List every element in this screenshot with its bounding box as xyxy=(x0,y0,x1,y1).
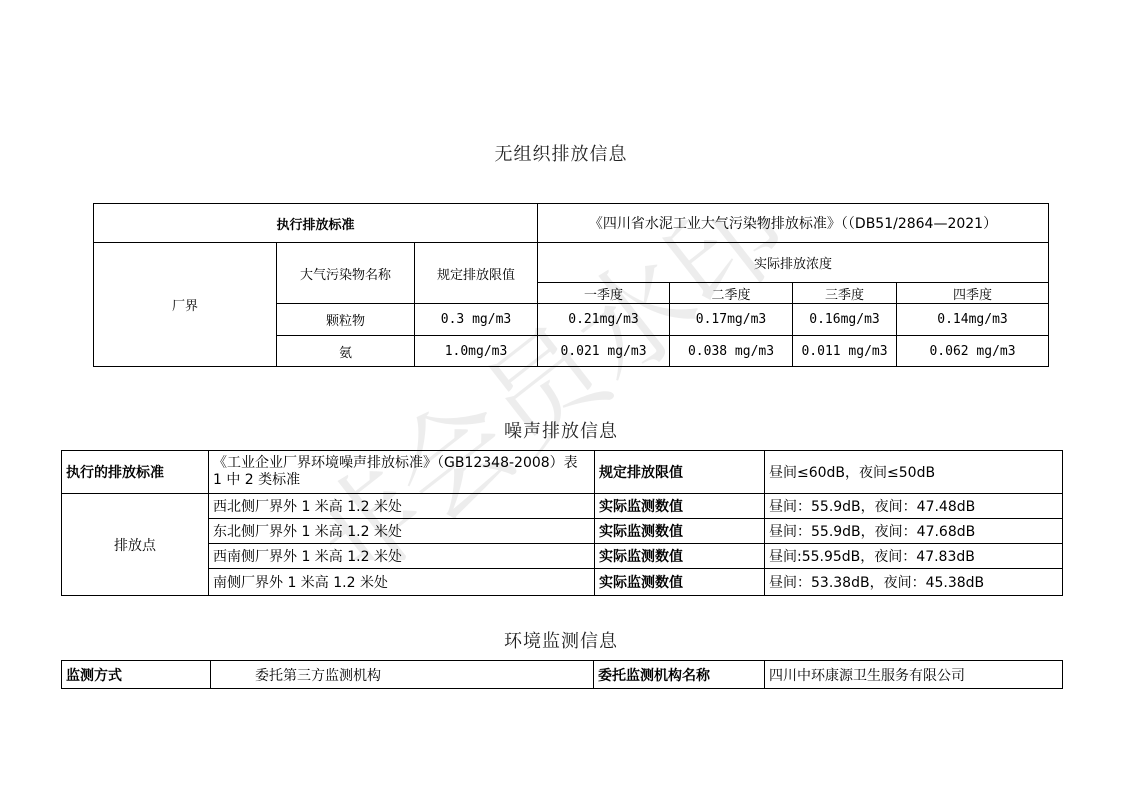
quarter-value: 0.021 mg/m3 xyxy=(538,336,670,367)
col-pollutant-header: 大气污染物名称 xyxy=(277,243,415,304)
pollutant-name: 颗粒物 xyxy=(277,304,415,336)
measured-label: 实际监测数值 xyxy=(595,494,765,519)
noise-limit-label: 规定排放限值 xyxy=(595,451,765,494)
method-label: 监测方式 xyxy=(62,661,211,689)
col-actual-header: 实际排放浓度 xyxy=(538,243,1049,283)
pollutant-limit: 0.3 mg/m3 xyxy=(415,304,538,336)
quarter-header: 二季度 xyxy=(670,283,793,304)
point-location: 西南侧厂界外 1 米高 1.2 米处 xyxy=(209,544,595,569)
standard-label: 执行排放标准 xyxy=(94,204,538,243)
quarter-value: 0.062 mg/m3 xyxy=(897,336,1049,367)
pollutant-limit: 1.0mg/m3 xyxy=(415,336,538,367)
pollutant-name: 氨 xyxy=(277,336,415,367)
table-row: 西南侧厂界外 1 米高 1.2 米处 实际监测数值 昼间:55.95dB，夜间：… xyxy=(62,544,1063,569)
quarter-header: 三季度 xyxy=(793,283,897,304)
measured-label: 实际监测数值 xyxy=(595,569,765,596)
noise-standard-label: 执行的排放标准 xyxy=(62,451,209,494)
measured-value: 昼间：55.9dB，夜间：47.68dB xyxy=(765,519,1063,544)
point-location: 南侧厂界外 1 米高 1.2 米处 xyxy=(209,569,595,596)
location-label: 厂界 xyxy=(94,243,277,367)
unorganized-emission-table: 执行排放标准 《四川省水泥工业大气污染物排放标准》（（DB51/2864—202… xyxy=(93,203,1049,367)
col-limit-header: 规定排放限值 xyxy=(415,243,538,304)
noise-emission-table: 执行的排放标准 《工业企业厂界环境噪声排放标准》（GB12348-2008）表 … xyxy=(61,450,1063,596)
table-row: 东北侧厂界外 1 米高 1.2 米处 实际监测数值 昼间：55.9dB，夜间：4… xyxy=(62,519,1063,544)
measured-label: 实际监测数值 xyxy=(595,519,765,544)
standard-value: 《四川省水泥工业大气污染物排放标准》（（DB51/2864—2021） xyxy=(538,204,1049,243)
quarter-value: 0.17mg/m3 xyxy=(670,304,793,336)
measured-label: 实际监测数值 xyxy=(595,544,765,569)
quarter-value: 0.038 mg/m3 xyxy=(670,336,793,367)
point-location: 西北侧厂界外 1 米高 1.2 米处 xyxy=(209,494,595,519)
quarter-value: 0.14mg/m3 xyxy=(897,304,1049,336)
quarter-header: 四季度 xyxy=(897,283,1049,304)
noise-limit-value: 昼间≤60dB，夜间≤50dB xyxy=(765,451,1063,494)
section-title-monitoring: 环境监测信息 xyxy=(0,627,1122,653)
measured-value: 昼间:55.95dB，夜间：47.83dB xyxy=(765,544,1063,569)
quarter-value: 0.16mg/m3 xyxy=(793,304,897,336)
noise-standard-value: 《工业企业厂界环境噪声排放标准》（GB12348-2008）表 1 中 2 类标… xyxy=(209,451,595,494)
section-title-unorganized: 无组织排放信息 xyxy=(0,140,1122,166)
point-location: 东北侧厂界外 1 米高 1.2 米处 xyxy=(209,519,595,544)
table-row: 排放点 西北侧厂界外 1 米高 1.2 米处 实际监测数值 昼间：55.9dB，… xyxy=(62,494,1063,519)
quarter-value: 0.21mg/m3 xyxy=(538,304,670,336)
agency-label: 委托监测机构名称 xyxy=(594,661,765,689)
agency-value: 四川中环康源卫生服务有限公司 xyxy=(765,661,1063,689)
quarter-header: 一季度 xyxy=(538,283,670,304)
section-title-noise: 噪声排放信息 xyxy=(0,417,1122,443)
points-label: 排放点 xyxy=(62,494,209,596)
measured-value: 昼间：55.9dB，夜间：47.48dB xyxy=(765,494,1063,519)
measured-value: 昼间：53.38dB，夜间：45.38dB xyxy=(765,569,1063,596)
quarter-value: 0.011 mg/m3 xyxy=(793,336,897,367)
method-value: 委托第三方监测机构 xyxy=(211,661,594,689)
env-monitoring-table: 监测方式 委托第三方监测机构 委托监测机构名称 四川中环康源卫生服务有限公司 xyxy=(61,660,1063,689)
table-row: 南侧厂界外 1 米高 1.2 米处 实际监测数值 昼间：53.38dB，夜间：4… xyxy=(62,569,1063,596)
